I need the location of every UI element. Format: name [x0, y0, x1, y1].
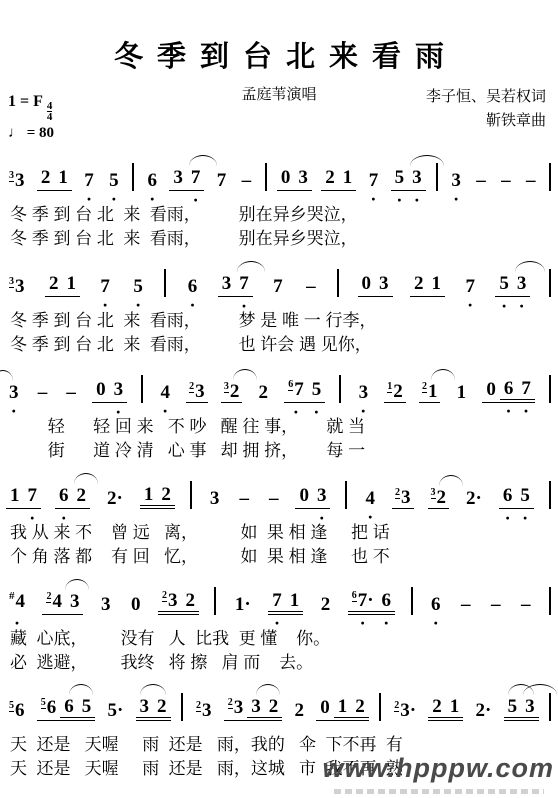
note-number: 0 [362, 273, 372, 294]
note-number: 3 [525, 696, 535, 717]
note: 1 [286, 590, 304, 612]
note: 5 [516, 485, 534, 506]
note: 6 [55, 485, 73, 506]
score-line-2: 3321756377–0321753冬 季 到 台 北 来 看雨， 梦 是 唯 … [4, 267, 554, 357]
note-number: 6 [64, 696, 74, 717]
note: 7 [268, 590, 286, 612]
sharp-icon: # [9, 590, 15, 602]
note-number: 5· [107, 700, 123, 721]
watermark: www.hpppw.com [323, 753, 555, 784]
beam-group: 067 [482, 378, 535, 403]
note: 2 [351, 696, 369, 718]
grace-note: 2 [189, 382, 194, 393]
note-number: 4 [366, 488, 376, 509]
barline [379, 693, 381, 721]
note: 7 [366, 170, 382, 191]
barline [339, 375, 341, 403]
note: 5 [504, 696, 522, 718]
note-number: 7· [358, 590, 374, 611]
note: 3 [294, 167, 312, 188]
note: #4 [6, 591, 28, 615]
note: 32 [428, 487, 450, 509]
note-number: 0 [96, 379, 106, 400]
note-number: 0 [320, 697, 330, 718]
beam-group: 21 [321, 167, 356, 191]
score-line-5: #4243302321·71267·66–––藏 心底， 没有 人 比我 更 懂… [4, 585, 554, 675]
note-number: 7 [272, 590, 282, 611]
note-number: 6 [47, 697, 57, 718]
note: 3 [247, 696, 265, 718]
lyric-row-1: 我 从 来 不 曾 远 离， 如 果 相 逢 把 话 [4, 521, 554, 545]
note-row: 5656655·32232332201223·212·53 [6, 691, 552, 721]
note: 6 [60, 696, 78, 718]
grace-note: 2 [394, 701, 399, 712]
note-number: 4 [52, 591, 62, 612]
beam-group: 232 [158, 590, 199, 615]
note-number: 1 [450, 696, 460, 717]
tie-arc [233, 369, 257, 380]
dash: – [269, 488, 279, 509]
note: 33 [6, 170, 28, 191]
note: 2 [318, 594, 334, 615]
note-number: 5 [499, 273, 509, 294]
note: 2 [265, 696, 283, 718]
rest-note: 0 [128, 594, 144, 615]
note: 24 [42, 591, 66, 612]
header-meta: 1 = F44 ♩ = 80 孟庭苇演唱 李子恒、吴若权词 靳铁章曲 [4, 83, 554, 145]
note: 1 [446, 696, 464, 718]
note: 32 [221, 381, 243, 403]
grace-note: 3 [9, 277, 14, 288]
note: 67 [284, 379, 308, 400]
note-number: 3 [15, 170, 25, 191]
note-number: 1 [10, 485, 20, 506]
dash: – [242, 170, 252, 191]
note: 3 [313, 485, 331, 506]
note-number: 6 [503, 485, 513, 506]
grace-note: 3 [431, 488, 436, 499]
beam-group: 243 [42, 591, 83, 615]
note: 56 [6, 700, 28, 721]
note-number: 3 [168, 590, 178, 611]
clipped-watermark-remnant [334, 789, 544, 794]
beam-group: 03 [277, 167, 312, 191]
note: 23· [391, 700, 419, 721]
note: 6 [378, 590, 396, 612]
barline [214, 587, 216, 615]
note-number: 7 [217, 170, 227, 191]
note-number: 2· [476, 700, 492, 721]
note-number: 5 [520, 485, 530, 506]
note-number: 6 [15, 700, 25, 721]
note: 1 [62, 273, 80, 294]
sheet-music-page: 冬季到台北来看雨 1 = F44 ♩ = 80 孟庭苇演唱 李子恒、吴若权词 靳… [0, 0, 558, 798]
grace-note: 2 [422, 382, 427, 393]
note-number: 1 [431, 273, 441, 294]
note-number: 2 [414, 273, 424, 294]
score: 3321756377–03217533–––冬 季 到 台 北 来 看雨， 别在… [4, 161, 554, 781]
note-number: 7 [191, 167, 201, 188]
note-number: 2 [259, 382, 269, 403]
note: 2· [473, 700, 495, 721]
note: 3 [98, 594, 114, 615]
note-number: 1 [144, 484, 154, 505]
tie-arc [515, 261, 545, 272]
barline [436, 163, 438, 191]
rest-note: 0 [277, 167, 295, 188]
time-signature: 44 [47, 101, 53, 122]
note-number: 4 [160, 382, 170, 403]
tie-arc [431, 369, 455, 380]
beam-group: 53 [495, 273, 530, 297]
note: 7 [81, 170, 97, 191]
note-number: 7 [84, 170, 94, 191]
note-number: 3 [195, 381, 205, 402]
note-number: 7 [369, 170, 379, 191]
note: 2 [181, 590, 199, 612]
note-number: 3 [9, 382, 19, 403]
note-number: 7 [273, 276, 283, 297]
quarter-note-icon: ♩ [8, 125, 23, 141]
rest-note: 0 [295, 485, 313, 506]
barline [549, 693, 551, 721]
dash: – [461, 594, 471, 615]
note-number: 3 [517, 273, 527, 294]
note: 1· [232, 594, 254, 615]
beam-group: 675 [284, 379, 325, 403]
note-number: 6 [59, 485, 69, 506]
note-number: 2 [230, 381, 240, 402]
note-number: 1 [457, 382, 467, 403]
beam-group: 012 [316, 696, 369, 721]
composer-credit: 靳铁章曲 [426, 109, 546, 133]
rest-note: 0 [482, 379, 500, 400]
barline [549, 269, 551, 297]
note-number: 7 [521, 378, 531, 399]
dash: – [66, 382, 76, 403]
note: 3 [169, 167, 187, 188]
note: 5· [104, 700, 126, 721]
note-number: 3 [401, 487, 411, 508]
note: 23 [392, 487, 414, 509]
lyric-row-2: 必 逃避， 我终 将 擦 肩 而 去。 [4, 651, 554, 675]
note: 5 [130, 276, 146, 297]
note: 7 [462, 276, 478, 297]
beam-group: 5665 [37, 696, 96, 721]
note: 1 [339, 167, 357, 188]
duration-dash: – [63, 382, 79, 403]
song-title: 冬季到台北来看雨 [4, 34, 554, 75]
note-number: 3 [202, 700, 212, 721]
beam-group: 03 [358, 273, 393, 297]
duration-dash: – [236, 488, 252, 509]
grace-note: 2 [196, 701, 201, 712]
note-number: 2 [321, 594, 331, 615]
note: 3 [66, 591, 84, 612]
note: 3 [375, 273, 393, 294]
beam-group: 37 [218, 273, 253, 297]
beam-group: 12 [140, 484, 175, 509]
dash: – [491, 594, 501, 615]
beam-group: 03 [92, 379, 127, 403]
note-number: 1 [428, 381, 438, 402]
note: 6 [499, 485, 517, 506]
note-number: 3 [101, 594, 111, 615]
note: 7 [235, 273, 253, 294]
tie-arc [65, 579, 89, 590]
barline [132, 163, 134, 191]
note: 23 [158, 590, 182, 612]
note: 5 [495, 273, 513, 294]
beam-group: 37 [169, 167, 204, 191]
note: 1 [6, 485, 24, 506]
duration-dash: – [518, 594, 534, 615]
barline [265, 163, 267, 191]
note: 1 [54, 167, 72, 188]
dash: – [526, 170, 536, 191]
note-number: 4 [16, 591, 26, 612]
lyric-row-2: 个 角 落 都 有 回 忆， 如 果 相 逢 也 不 [4, 545, 554, 569]
lyricist-credit: 李子恒、吴若权词 [426, 85, 546, 109]
note: 2· [463, 488, 485, 509]
beam-group: 53 [504, 696, 539, 721]
note: 1 [454, 382, 470, 403]
note-number: 1 [66, 273, 76, 294]
dash: – [239, 488, 249, 509]
note: 4 [363, 488, 379, 509]
note: 2 [153, 696, 171, 718]
note-number: 3 [114, 379, 124, 400]
note-number: 7 [28, 485, 38, 506]
grace-note: 2 [395, 488, 400, 499]
note-number: 2 [432, 696, 442, 717]
lyric-row-2: 冬 季 到 台 北 来 看雨， 别在异乡哭泣， [4, 227, 554, 251]
beam-group: 53 [391, 167, 426, 191]
note-number: 3 [412, 167, 422, 188]
note-number: 1 [58, 167, 68, 188]
tie-arc [410, 155, 444, 166]
beam-group: 32 [136, 696, 171, 721]
note: 6 [185, 276, 201, 297]
duration-dash: – [498, 170, 514, 191]
note: 7 [97, 276, 113, 297]
note: 2 [291, 700, 307, 721]
note: 5 [308, 379, 326, 400]
note-number: 5 [82, 696, 92, 717]
note-number: 2 [294, 700, 304, 721]
note: 2· [104, 488, 126, 509]
note: 12 [384, 381, 406, 403]
note-number: 3· [400, 700, 416, 721]
note: 7 [24, 485, 42, 506]
rest-note: 0 [316, 697, 334, 718]
beam-group: 21 [37, 167, 72, 191]
grace-note: 2 [46, 592, 51, 603]
time-signature-bottom: 4 [47, 112, 53, 122]
note: 5 [391, 167, 409, 188]
barline [345, 481, 347, 509]
note-row: #4243302321·71267·66––– [6, 585, 552, 615]
note: 2 [256, 382, 272, 403]
note: 3 [207, 488, 223, 509]
note-number: 5 [395, 167, 405, 188]
beam-group: 17 [6, 485, 41, 509]
note-number: 0 [486, 379, 496, 400]
note: 2 [410, 273, 428, 294]
note-number: 3 [70, 591, 80, 612]
duration-dash: – [35, 382, 51, 403]
note-number: 1 [290, 590, 300, 611]
tie-arc [74, 473, 98, 484]
note: 4 [157, 382, 173, 403]
beam-group: 21 [428, 696, 463, 721]
duration-dash: – [303, 276, 319, 297]
note-number: 3 [317, 485, 327, 506]
note-number: 5 [133, 276, 143, 297]
barline [549, 481, 551, 509]
dash: – [501, 170, 511, 191]
note: 5 [78, 696, 96, 718]
note: 3 [218, 273, 236, 294]
beam-group: 21 [45, 273, 80, 297]
grace-note: 6 [352, 591, 357, 602]
lyric-row-2: 街 道 冷 清 心 事 却 拥 挤， 每 一 [4, 439, 554, 463]
beam-group: 62 [55, 485, 90, 509]
note-number: 3 [15, 276, 25, 297]
note-row: 3321756377–03217533––– [6, 161, 552, 191]
lyric-row-1: 轻 轻 回 来 不 吵 醒 往 事， 就 当 [4, 415, 554, 439]
note: 3 [521, 696, 539, 718]
tie-arc [69, 684, 93, 695]
tie-arc [0, 370, 13, 381]
dash: – [306, 276, 316, 297]
note: 1 [427, 273, 445, 294]
note-number: 1 [338, 696, 348, 717]
tie-arc [189, 155, 217, 166]
score-line-1: 3321756377–03217533–––冬 季 到 台 北 来 看雨， 别在… [4, 161, 554, 251]
note: 2 [321, 167, 339, 188]
note: 2 [37, 167, 55, 188]
note: 5 [106, 170, 122, 191]
note: 2 [45, 273, 63, 294]
tempo-value: = 80 [27, 125, 54, 141]
grace-note: 2 [162, 591, 167, 602]
grace-note: 6 [288, 380, 293, 391]
note-number: 6 [147, 170, 157, 191]
duration-dash: – [239, 170, 255, 191]
note-number: 3 [451, 170, 461, 191]
dash: – [476, 170, 486, 191]
note: 7 [187, 167, 205, 188]
duration-dash: – [473, 170, 489, 191]
note-number: 2 [41, 167, 51, 188]
note-number: 3 [379, 273, 389, 294]
note-number: 3 [210, 488, 220, 509]
note-number: 5 [508, 696, 518, 717]
note-number: 1· [235, 594, 251, 615]
note-number: 2 [269, 696, 279, 717]
note-number: 2 [157, 696, 167, 717]
grace-note: 5 [9, 701, 14, 712]
note-number: 1 [343, 167, 353, 188]
note-number: 3 [222, 273, 232, 294]
beam-group: 21 [410, 273, 445, 297]
note: 1 [140, 484, 158, 506]
note-number: 2 [185, 590, 195, 611]
note: 6 [428, 594, 444, 615]
slur-arc [140, 684, 166, 695]
note-number: 7 [100, 276, 110, 297]
grace-note: 1 [387, 382, 392, 393]
note-number: 5 [109, 170, 119, 191]
note-number: 5 [312, 379, 322, 400]
note-number: 0 [131, 594, 141, 615]
note-number: 2 [49, 273, 59, 294]
note-number: 3 [298, 167, 308, 188]
note-number: 2· [107, 488, 123, 509]
note: 2 [157, 484, 175, 506]
tie-arc [439, 475, 463, 486]
tie-arc [237, 261, 265, 272]
duration-dash: – [458, 594, 474, 615]
note: 7 [270, 276, 286, 297]
duration-dash: – [523, 170, 539, 191]
note: 3 [136, 696, 154, 718]
note-number: 6 [504, 378, 514, 399]
beam-group: 2332 [224, 696, 283, 721]
note-row: 3––03423322675312211067 [6, 373, 552, 403]
note: 7 [214, 170, 230, 191]
note-number: 6 [382, 590, 392, 611]
note-number: 7 [239, 273, 249, 294]
tempo-marking: ♩ = 80 [8, 122, 54, 144]
tie-arc [256, 684, 280, 695]
note: 3 [513, 273, 531, 294]
note-row: 17622·123––03423322·65 [6, 479, 552, 509]
lyric-row-2: 冬 季 到 台 北 来 看雨， 也 许会 遇 见你， [4, 333, 554, 357]
note: 21 [419, 381, 441, 403]
note-number: 3 [140, 696, 150, 717]
beam-group: 03 [295, 485, 330, 509]
grace-note: 3 [9, 171, 14, 182]
note: 23 [186, 381, 208, 403]
note: 2 [73, 485, 91, 506]
note-row: 3321756377–0321753 [6, 267, 552, 297]
note: 3 [408, 167, 426, 188]
grace-note: 3 [224, 382, 229, 393]
note-number: 6 [431, 594, 441, 615]
note-number: 0 [299, 485, 309, 506]
note: 23 [224, 697, 248, 718]
barline [141, 375, 143, 403]
duration-dash: – [266, 488, 282, 509]
score-line-4: 17622·123––03423322·65我 从 来 不 曾 远 离， 如 果… [4, 479, 554, 569]
note: 7 [517, 378, 535, 400]
barline [337, 269, 339, 297]
note: 3 [6, 382, 22, 403]
note-number: 3 [173, 167, 183, 188]
note-number: 7 [294, 379, 304, 400]
barline [549, 587, 551, 615]
note-number: 3 [251, 696, 261, 717]
dash: – [38, 382, 48, 403]
note: 67· [348, 590, 378, 612]
note: 23 [193, 700, 215, 721]
note-number: 6 [188, 276, 198, 297]
note: 33 [6, 276, 28, 297]
beam-group: 65 [499, 485, 534, 509]
note: 3 [110, 379, 128, 400]
